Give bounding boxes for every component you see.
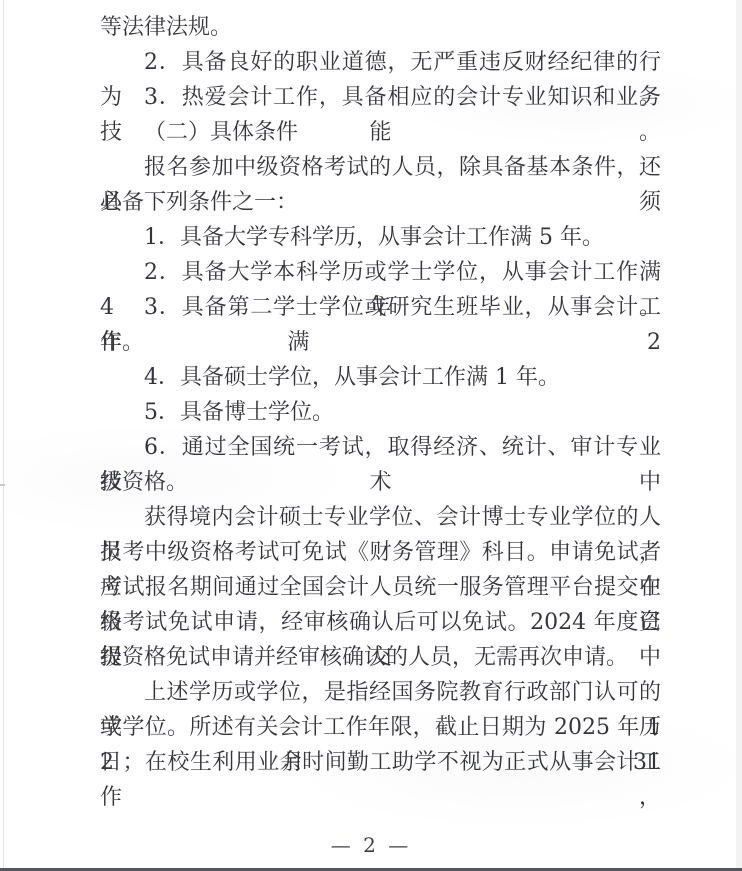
text-line: 3．热爱会计工作，具备相应的会计专业知识和业务技能。 [100, 80, 661, 115]
text-line: 1．具备大学专科学历，从事会计工作满 5 年。 [100, 220, 661, 255]
text-line: 6．通过全国统一考试，取得经济、统计、审计专业技术中 [100, 430, 661, 465]
text-line: 等法律法规。 [100, 10, 661, 45]
text-line: 考试报名期间通过全国会计人员统一服务管理平台提交中级资 [100, 570, 661, 605]
text-line: 2．具备良好的职业道德，无严重违反财经纪律的行为。 [100, 45, 661, 80]
text-line: 报名参加中级资格考试的人员，除具备基本条件，还必须 [100, 150, 661, 185]
text-line: 3．具备第二学士学位或研究生班毕业，从事会计工作满 2 [100, 290, 661, 325]
text-line: 获得境内会计硕士专业学位、会计博士专业学位的人员， [100, 500, 661, 535]
text-line: 4．具备硕士学位，从事会计工作满 1 年。 [100, 360, 661, 395]
text-line: 或学位。所述有关会计工作年限，截止日期为 2025 年 12 月 31 [100, 710, 661, 745]
text-line: 格考试免试申请，经审核确认后可以免试。2024 年度已提交中 [100, 605, 661, 640]
text-line: 上述学历或学位，是指经国务院教育行政部门认可的学历 [100, 675, 661, 710]
text-line: 5．具备博士学位。 [100, 395, 661, 430]
scan-edge-right [736, 0, 742, 871]
page-number: — 2 — [0, 831, 742, 859]
scanned-document-page: { "colors": { "page_background": "#fffff… [0, 0, 742, 871]
text-line: 报考中级资格考试可免试《财务管理》科目。申请免试者应在 [100, 535, 661, 570]
text-line: 级资格免试申请并经审核确认的人员，无需再次申请。 [100, 640, 661, 675]
scan-artifact-tick [0, 484, 5, 486]
text-line: 日；在校生利用业余时间勤工助学不视为正式从事会计工作， [100, 745, 661, 780]
document-body: 等法律法规。2．具备良好的职业道德，无严重违反财经纪律的行为。3．热爱会计工作，… [100, 10, 661, 780]
text-line: 2．具备大学本科学历或学士学位，从事会计工作满 4 年。 [100, 255, 661, 290]
scan-edge-left [3, 0, 4, 871]
